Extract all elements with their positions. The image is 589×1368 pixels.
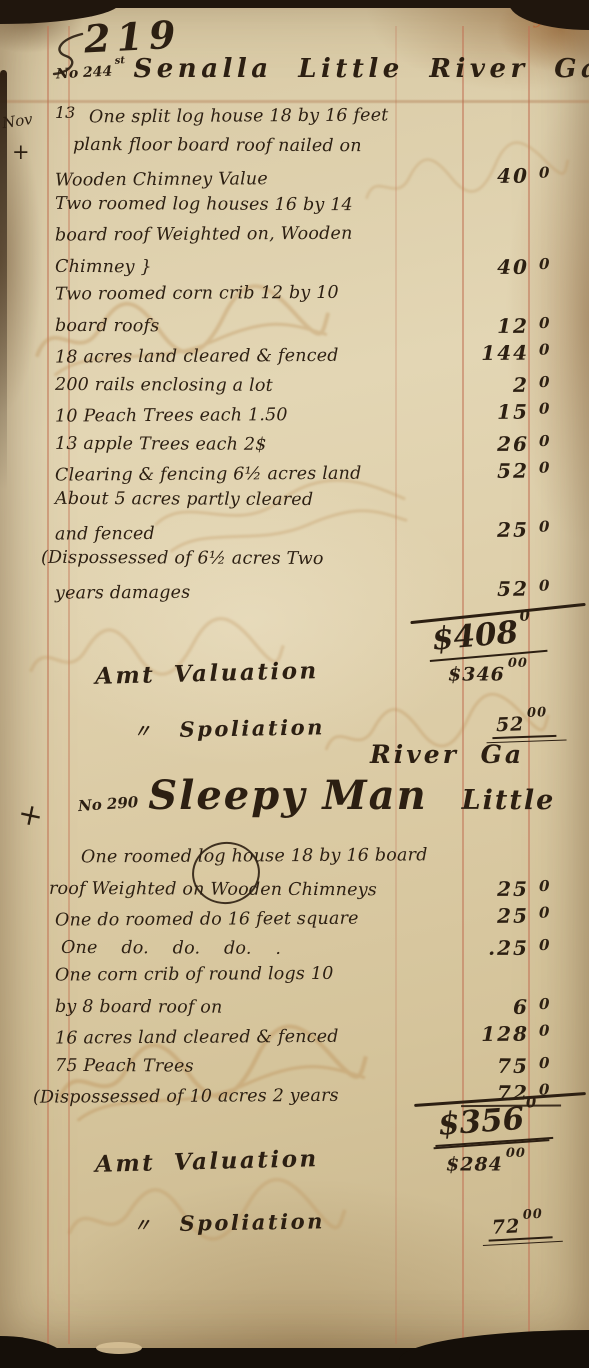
valuation-cents: 00 — [506, 1146, 526, 1161]
line-description: One corn crib of round logs 10 — [55, 963, 461, 985]
amount-cents: 0 — [539, 1054, 561, 1072]
amount-dollars: 40 — [461, 164, 529, 188]
line-amount — [461, 977, 561, 978]
amount-dollars: 25 — [461, 904, 529, 928]
line-description: About 5 acres partly cleared — [55, 488, 461, 510]
amount-cents: 0 — [539, 432, 561, 450]
ledger-line: Two roomed log houses 16 by 14 — [55, 193, 561, 225]
line-amount: .250 — [461, 935, 561, 959]
entry2-header: No 290 Sleepy Man Little — [78, 772, 555, 819]
amount-dollars: 144 — [461, 341, 529, 365]
line-description: 13 apple Trees each 2$ — [55, 433, 461, 455]
ledger-line: board roof Weighted on, Wooden — [55, 222, 561, 255]
line-amount: 1440 — [461, 340, 561, 365]
line-amount: 260 — [461, 431, 561, 455]
amount-dollars: 52 — [461, 459, 529, 483]
line-description: (Dispossessed of 6½ acres Two — [41, 547, 461, 569]
amount-cents: 0 — [539, 163, 561, 181]
line-description: 18 acres land cleared & fenced — [55, 345, 461, 367]
line-description: board roofs — [55, 315, 461, 337]
ledger-line: Chimney }400 — [55, 252, 561, 284]
ledger-line: One corn crib of round logs 10 — [55, 962, 561, 995]
line-description: One split log house 18 by 16 feet — [89, 105, 461, 127]
amount-cents: 0 — [539, 576, 561, 594]
ledger-line: by 8 board roof on60 — [55, 992, 561, 1024]
amount-dollars: 26 — [461, 431, 529, 455]
photo-edge-corner — [509, 0, 589, 30]
amount-cents: 0 — [539, 340, 561, 358]
ledger-line: and fenced250 — [55, 517, 561, 550]
double-underline: $3560 — [437, 1100, 539, 1143]
ledger-line: 200 rails enclosing a lot20 — [55, 370, 561, 402]
total-cents: 0 — [525, 1093, 537, 1112]
line-description: by 8 board roof on — [55, 996, 461, 1018]
line-amount — [461, 859, 561, 860]
entry1-valuation-label: Amt Valuation — [95, 657, 319, 690]
amount-cents: 0 — [539, 936, 561, 954]
entry1-valuation-value: $34600 — [448, 662, 528, 685]
amount-dollars: 128 — [461, 1022, 529, 1046]
line-description: roof Weighted on Wooden Chimneys — [49, 878, 461, 900]
amount-cents: 0 — [539, 255, 561, 273]
entry2-title-suffix: Little — [462, 785, 556, 816]
margin-plus-mark: + — [15, 796, 47, 835]
entry2-item-list: One roomed log house 18 by 16 board roof… — [55, 846, 561, 1112]
ledger-line: roof Weighted on Wooden Chimneys250 — [55, 874, 561, 906]
entry2-header-overflow: River Ga — [370, 740, 524, 769]
entry2-claimant-name: Sleepy Man — [148, 772, 427, 819]
line-amount: 750 — [461, 1053, 561, 1077]
line-description: One do roomed do 16 feet square — [55, 908, 461, 930]
amount-dollars: 15 — [461, 400, 529, 424]
valuation-cents: 00 — [508, 656, 528, 671]
line-description: and fenced — [55, 522, 461, 544]
ledger-line: Two roomed corn crib 12 by 10 — [55, 281, 561, 314]
ledger-line: 13 apple Trees each 2$260 — [55, 429, 561, 461]
total-cents: 0 — [519, 606, 531, 625]
ditto-mark: 〃 — [133, 1215, 154, 1236]
ledger-line: One do. do. do. ..250 — [55, 933, 561, 965]
ledger-line: Clearing & fencing 6½ acres land520 — [55, 458, 561, 491]
line-description: board roof Weighted on, Wooden — [55, 223, 461, 245]
line-amount: 1280 — [461, 1021, 561, 1046]
entry2-claim-number: No 290 — [77, 793, 138, 815]
ledger-line: 75 Peach Trees750 — [55, 1051, 561, 1083]
entry2-spoliation-value: 7200 — [487, 1212, 552, 1242]
underlined-amount: 5200 — [492, 711, 556, 740]
page-curl-highlight — [96, 1342, 142, 1354]
amount-cents: 0 — [539, 458, 561, 476]
entry2-total: $3560 — [433, 1099, 553, 1147]
line-amount: 60 — [461, 994, 561, 1018]
spoliation-dollars: 72 — [491, 1215, 521, 1238]
ledger-line: 16 acres land cleared & fenced1280 — [55, 1021, 561, 1054]
amount-dollars: 2 — [461, 372, 529, 396]
amount-cents: 0 — [539, 995, 561, 1013]
line-description: Two roomed log houses 16 by 14 — [55, 193, 461, 215]
ledger-line: years damages520 — [55, 576, 561, 609]
line-description: Chimney } — [55, 256, 461, 278]
ledger-page: 219 90 No 244st Senalla Little River Ga … — [0, 0, 589, 1368]
amount-dollars: 25 — [461, 876, 529, 900]
ledger-line: plank floor board roof nailed on — [55, 134, 561, 166]
ledger-line: One do roomed do 16 feet square250 — [55, 903, 561, 936]
line-description: Two roomed corn crib 12 by 10 — [55, 282, 461, 304]
spoliation-dollars: 52 — [496, 713, 525, 736]
line-amount: 250 — [461, 876, 561, 900]
entry1-title: Senalla Little River Ga — [133, 54, 589, 84]
amount-dollars: 40 — [461, 254, 529, 278]
ledger-line: 10 Peach Trees each 1.50150 — [55, 399, 561, 432]
amount-cents: 0 — [539, 903, 561, 921]
line-description: 10 Peach Trees each 1.50 — [55, 404, 461, 426]
line-amount — [461, 119, 561, 120]
line-description: 16 acres land cleared & fenced — [55, 1026, 461, 1048]
amount-cents: 0 — [539, 877, 561, 895]
underlined-amount: 7200 — [487, 1212, 552, 1242]
ledger-line: board roofs120 — [55, 311, 561, 343]
amount-cents: 0 — [539, 314, 561, 332]
photo-edge-corner — [0, 1336, 70, 1368]
amount-dollars: 52 — [461, 577, 529, 601]
spoliation-cents: 00 — [527, 705, 548, 721]
line-description: years damages — [55, 581, 461, 603]
amount-cents: 0 — [539, 1021, 561, 1039]
line-description: One do. do. do. . — [61, 937, 461, 959]
line-description: Clearing & fencing 6½ acres land — [55, 463, 461, 485]
spoliation-label-text: Spoliation — [179, 714, 325, 742]
ledger-line: About 5 acres partly cleared — [55, 488, 561, 520]
spoliation-cents: 00 — [522, 1207, 543, 1223]
line-amount: 150 — [461, 399, 561, 424]
photo-edge-left — [0, 70, 7, 490]
entry2-valuation-value: $28400 — [446, 1152, 526, 1175]
line-description: plank floor board roof nailed on — [73, 134, 461, 156]
spoliation-label-text: Spoliation — [179, 1208, 325, 1236]
line-amount: 120 — [461, 313, 561, 337]
line-amount: 400 — [461, 163, 561, 188]
line-amount — [461, 296, 561, 297]
ledger-line: 18 acres land cleared & fenced1440 — [55, 340, 561, 373]
ditto-mark: 〃 — [133, 721, 154, 742]
line-amount: 250 — [461, 903, 561, 928]
line-description: Wooden Chimney Value — [55, 168, 461, 190]
amount-dollars: 75 — [461, 1053, 529, 1077]
photo-edge-corner — [399, 1330, 589, 1368]
entry1-claim-number: No 244st — [56, 62, 126, 83]
valuation-dollars: $346 — [448, 663, 505, 685]
line-amount: 520 — [461, 458, 561, 483]
amount-dollars: 12 — [461, 313, 529, 337]
line-description: 75 Peach Trees — [55, 1055, 461, 1077]
ledger-line: One roomed log house 18 by 16 board — [55, 844, 561, 877]
amount-cents: 0 — [539, 373, 561, 391]
entry2-spoliation-label: 〃Spoliation — [133, 1208, 325, 1237]
total-dollars: $356 — [437, 1101, 526, 1143]
claim-number-suffix: st — [114, 56, 125, 68]
line-amount — [461, 237, 561, 238]
entry1-spoliation-value: 5200 — [492, 711, 556, 740]
ledger-line: Wooden Chimney Value400 — [55, 163, 561, 196]
ledger-line: (Dispossessed of 6½ acres Two — [55, 547, 561, 579]
margin-plus-mark: + — [12, 140, 30, 164]
line-description: 200 rails enclosing a lot — [55, 374, 461, 396]
line-description: (Dispossessed of 10 acres 2 years — [33, 1085, 461, 1108]
line-amount: 250 — [461, 517, 561, 542]
entry1-item-list: One split log house 18 by 16 feet plank … — [55, 106, 561, 608]
amount-cents: 0 — [539, 399, 561, 417]
line-amount: 400 — [461, 254, 561, 278]
line-description: One roomed log house 18 by 16 board — [81, 845, 461, 867]
ledger-line: One split log house 18 by 16 feet — [55, 104, 561, 137]
line-amount: 20 — [461, 372, 561, 396]
header-ruling-line — [0, 100, 589, 103]
total-dollars: $408 — [430, 614, 519, 657]
amount-dollars: 6 — [461, 994, 529, 1018]
amount-cents: 0 — [539, 517, 561, 535]
line-amount: 520 — [461, 576, 561, 601]
valuation-dollars: $284 — [446, 1153, 503, 1175]
entry1-spoliation-label: 〃Spoliation — [133, 714, 325, 743]
amount-dollars: 25 — [461, 518, 529, 542]
entry1-header: No 244st Senalla Little River Ga — [56, 54, 589, 84]
amount-dollars: .25 — [461, 935, 529, 959]
